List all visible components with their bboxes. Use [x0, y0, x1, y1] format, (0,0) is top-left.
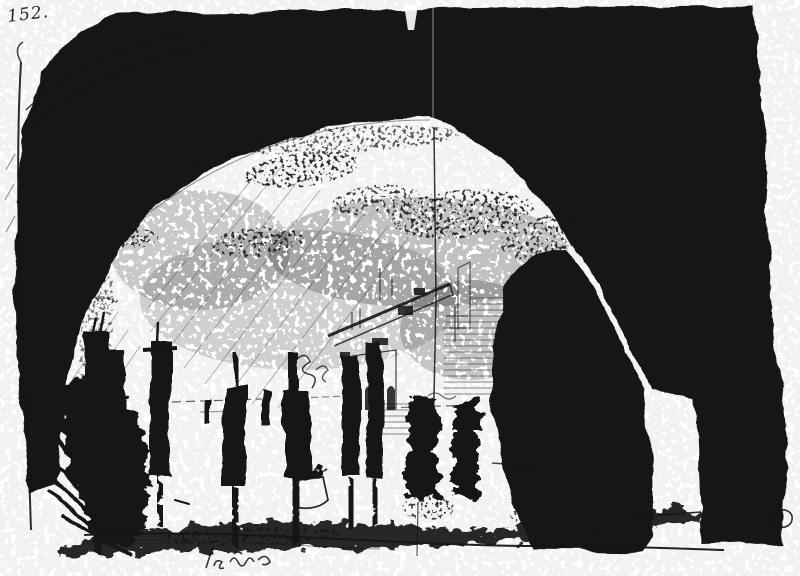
ink-layer — [0, 0, 800, 576]
drawing-scan: 152. — [0, 0, 800, 576]
ink-drawing: 152. — [0, 0, 800, 576]
